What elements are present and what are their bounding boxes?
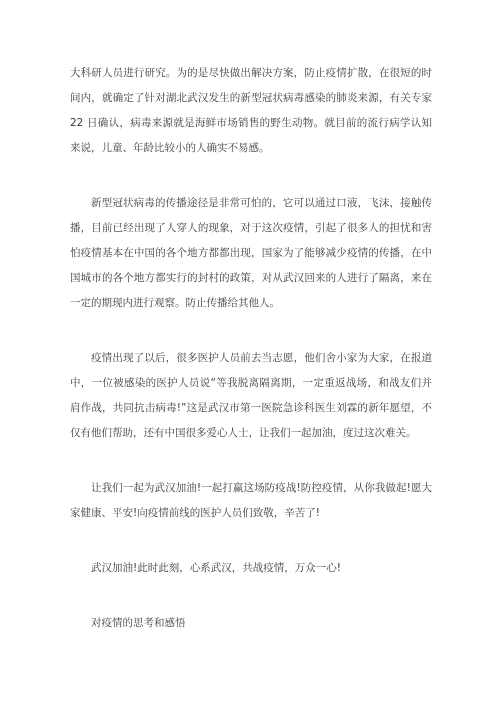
document-page: 大科研人员进行研究。为的是尽快做出解决方案，防止疫情扩散，在很短的时间内，就确定… <box>0 0 500 707</box>
document-text-block: 大科研人员进行研究。为的是尽快做出解决方案，防止疫情扩散，在很短的时间内，就确定… <box>70 61 432 636</box>
paragraph-cheer-wuhan: 让我们一起为武汉加油!一起打赢这场防疫战!防控疫情，从你我做起!愿大家健康、平安… <box>70 476 432 526</box>
paragraph-transmission: 新型冠状病毒的传播途径是非常可怕的，它可以通过口液，飞沫，接触传播，目前已经出现… <box>70 191 432 316</box>
paragraph-slogan: 武汉加油!此时此刻，心系武汉，共战疫情，万众一心! <box>70 556 432 581</box>
paragraph-research-source: 大科研人员进行研究。为的是尽快做出解决方案，防止疫情扩散，在很短的时间内，就确定… <box>70 61 432 161</box>
paragraph-closing-title: 对疫情的思考和感悟 <box>70 611 432 636</box>
paragraph-medical-volunteers: 疫情出现了以后，很多医护人员前去当志愿，他们舍小家为大家，在报道中，一位被感染的… <box>70 346 432 446</box>
